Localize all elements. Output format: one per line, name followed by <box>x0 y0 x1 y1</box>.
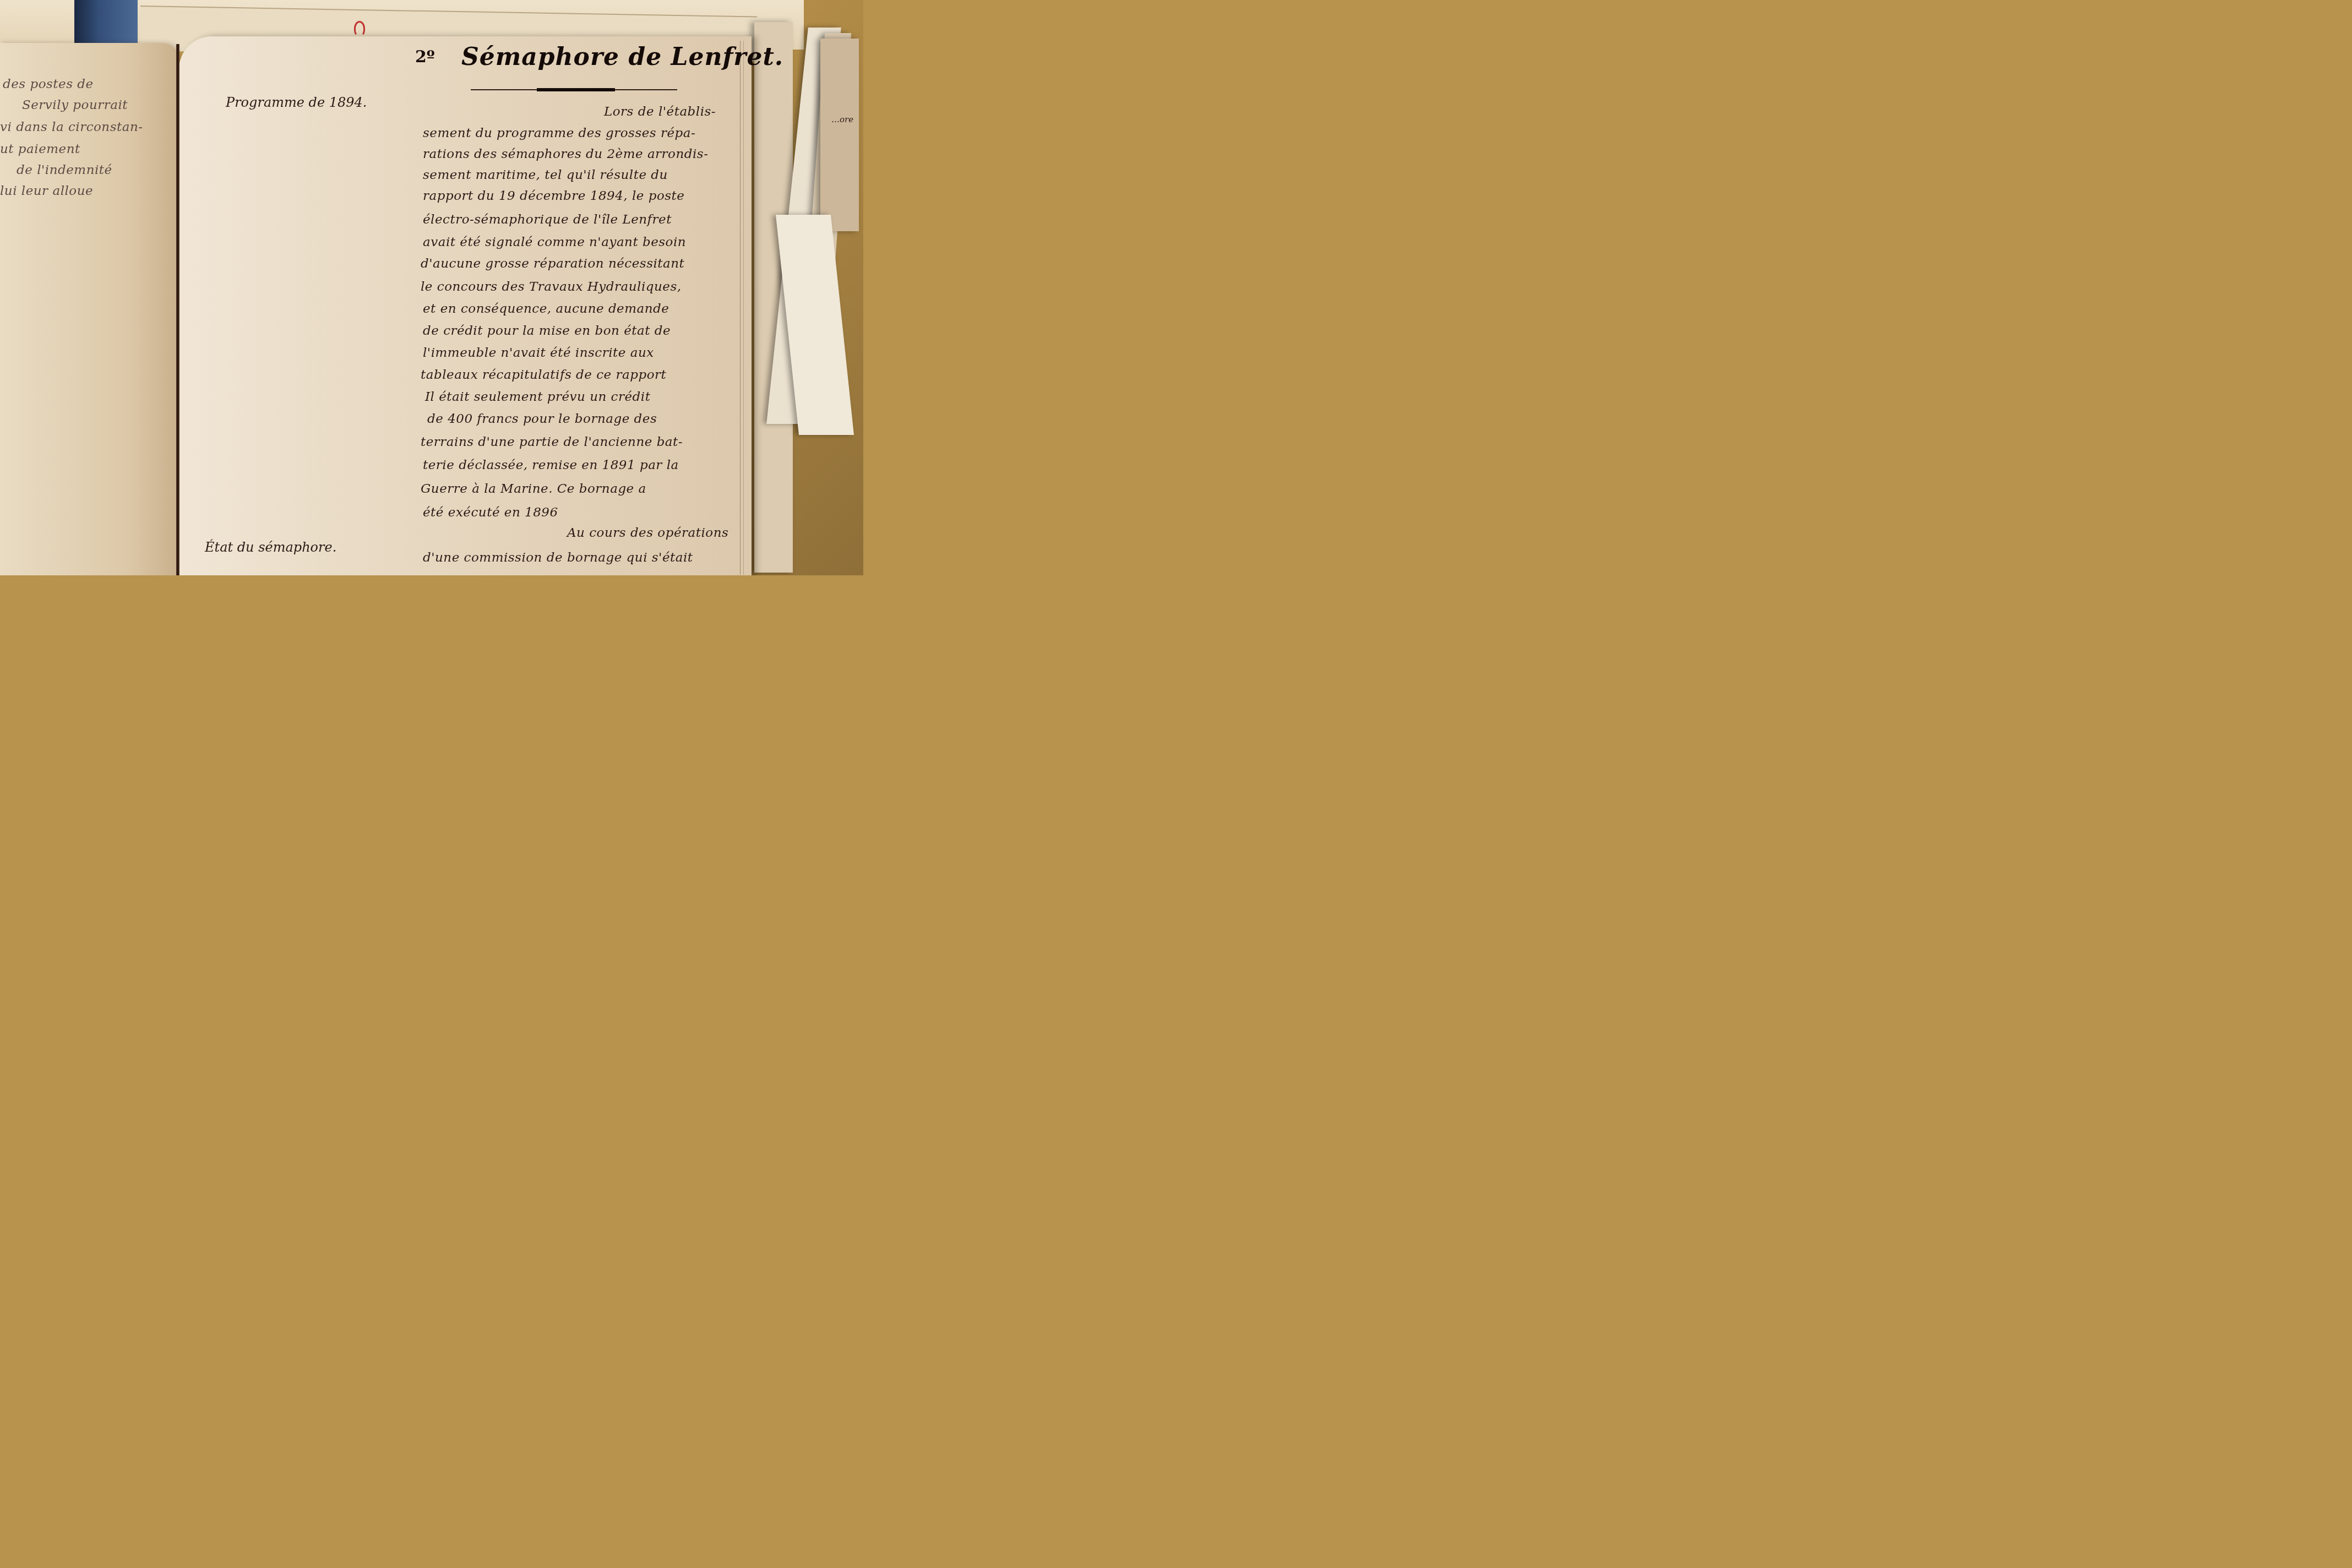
background-paper-text: …ore <box>831 115 853 124</box>
margin-rule <box>740 41 741 575</box>
body-line: et en conséquence, aucune demande <box>423 302 669 316</box>
red-ink-mark-icon <box>354 21 365 36</box>
left-page-line: de l'indemnité <box>17 163 112 177</box>
body-line: d'une commission de bornage qui s'était <box>423 551 693 565</box>
body-line: tableaux récapitulatifs de ce rapport <box>421 368 666 382</box>
body-line: Guerre à la Marine. Ce bornage a <box>421 482 646 496</box>
body-line: rapport du 19 décembre 1894, le poste <box>423 189 684 203</box>
body-line: sement maritime, tel qu'il résulte du <box>423 168 668 182</box>
left-page-line: vi dans la circonstan- <box>0 120 143 134</box>
body-line: l'immeuble n'avait été inscrite aux <box>423 346 654 360</box>
body-line: Lors de l'établis- <box>604 105 716 119</box>
body-line: terie déclassée, remise en 1891 par la <box>423 458 679 472</box>
title-underline-bar <box>537 88 615 91</box>
loose-sheet <box>820 39 859 231</box>
body-line: terrains d'une partie de l'ancienne bat- <box>421 435 683 449</box>
body-line: Au cours des opérations <box>567 526 728 540</box>
left-page-line: lui leur alloue <box>0 184 93 198</box>
left-page-line: Servily pourrait <box>22 98 128 112</box>
blue-folder <box>74 0 138 44</box>
body-line: rations des sémaphores du 2ème arrondis- <box>423 147 708 161</box>
body-line: de crédit pour la mise en bon état de <box>423 324 671 338</box>
margin-heading-etat: État du sémaphore. <box>205 540 336 555</box>
margin-rule <box>743 41 744 575</box>
body-line: Il était seulement prévu un crédit <box>425 390 650 404</box>
body-line: été exécuté en 1896 <box>423 505 558 520</box>
section-number: 2º <box>415 47 435 67</box>
left-page-line: ut paiement <box>0 142 80 156</box>
left-page-line: des postes de <box>3 77 94 91</box>
right-paper-stack: …ore <box>754 17 863 575</box>
body-line: sement du programme des grosses répa- <box>423 126 695 140</box>
margin-heading-programme: Programme de 1894. <box>226 95 367 110</box>
body-line: avait été signalé comme n'ayant besoin <box>423 235 686 249</box>
body-line: électro-sémaphorique de l'île Lenfret <box>423 213 672 227</box>
body-line: le concours des Travaux Hydrauliques, <box>421 280 682 294</box>
book-gutter <box>176 44 179 575</box>
body-line: de 400 francs pour le bornage des <box>427 412 657 426</box>
left-page: des postes de Servily pourrait vi dans l… <box>0 43 179 575</box>
body-line: d'aucune grosse réparation nécessitant <box>421 257 684 271</box>
page-title: Sémaphore de Lenfret. <box>461 43 783 71</box>
